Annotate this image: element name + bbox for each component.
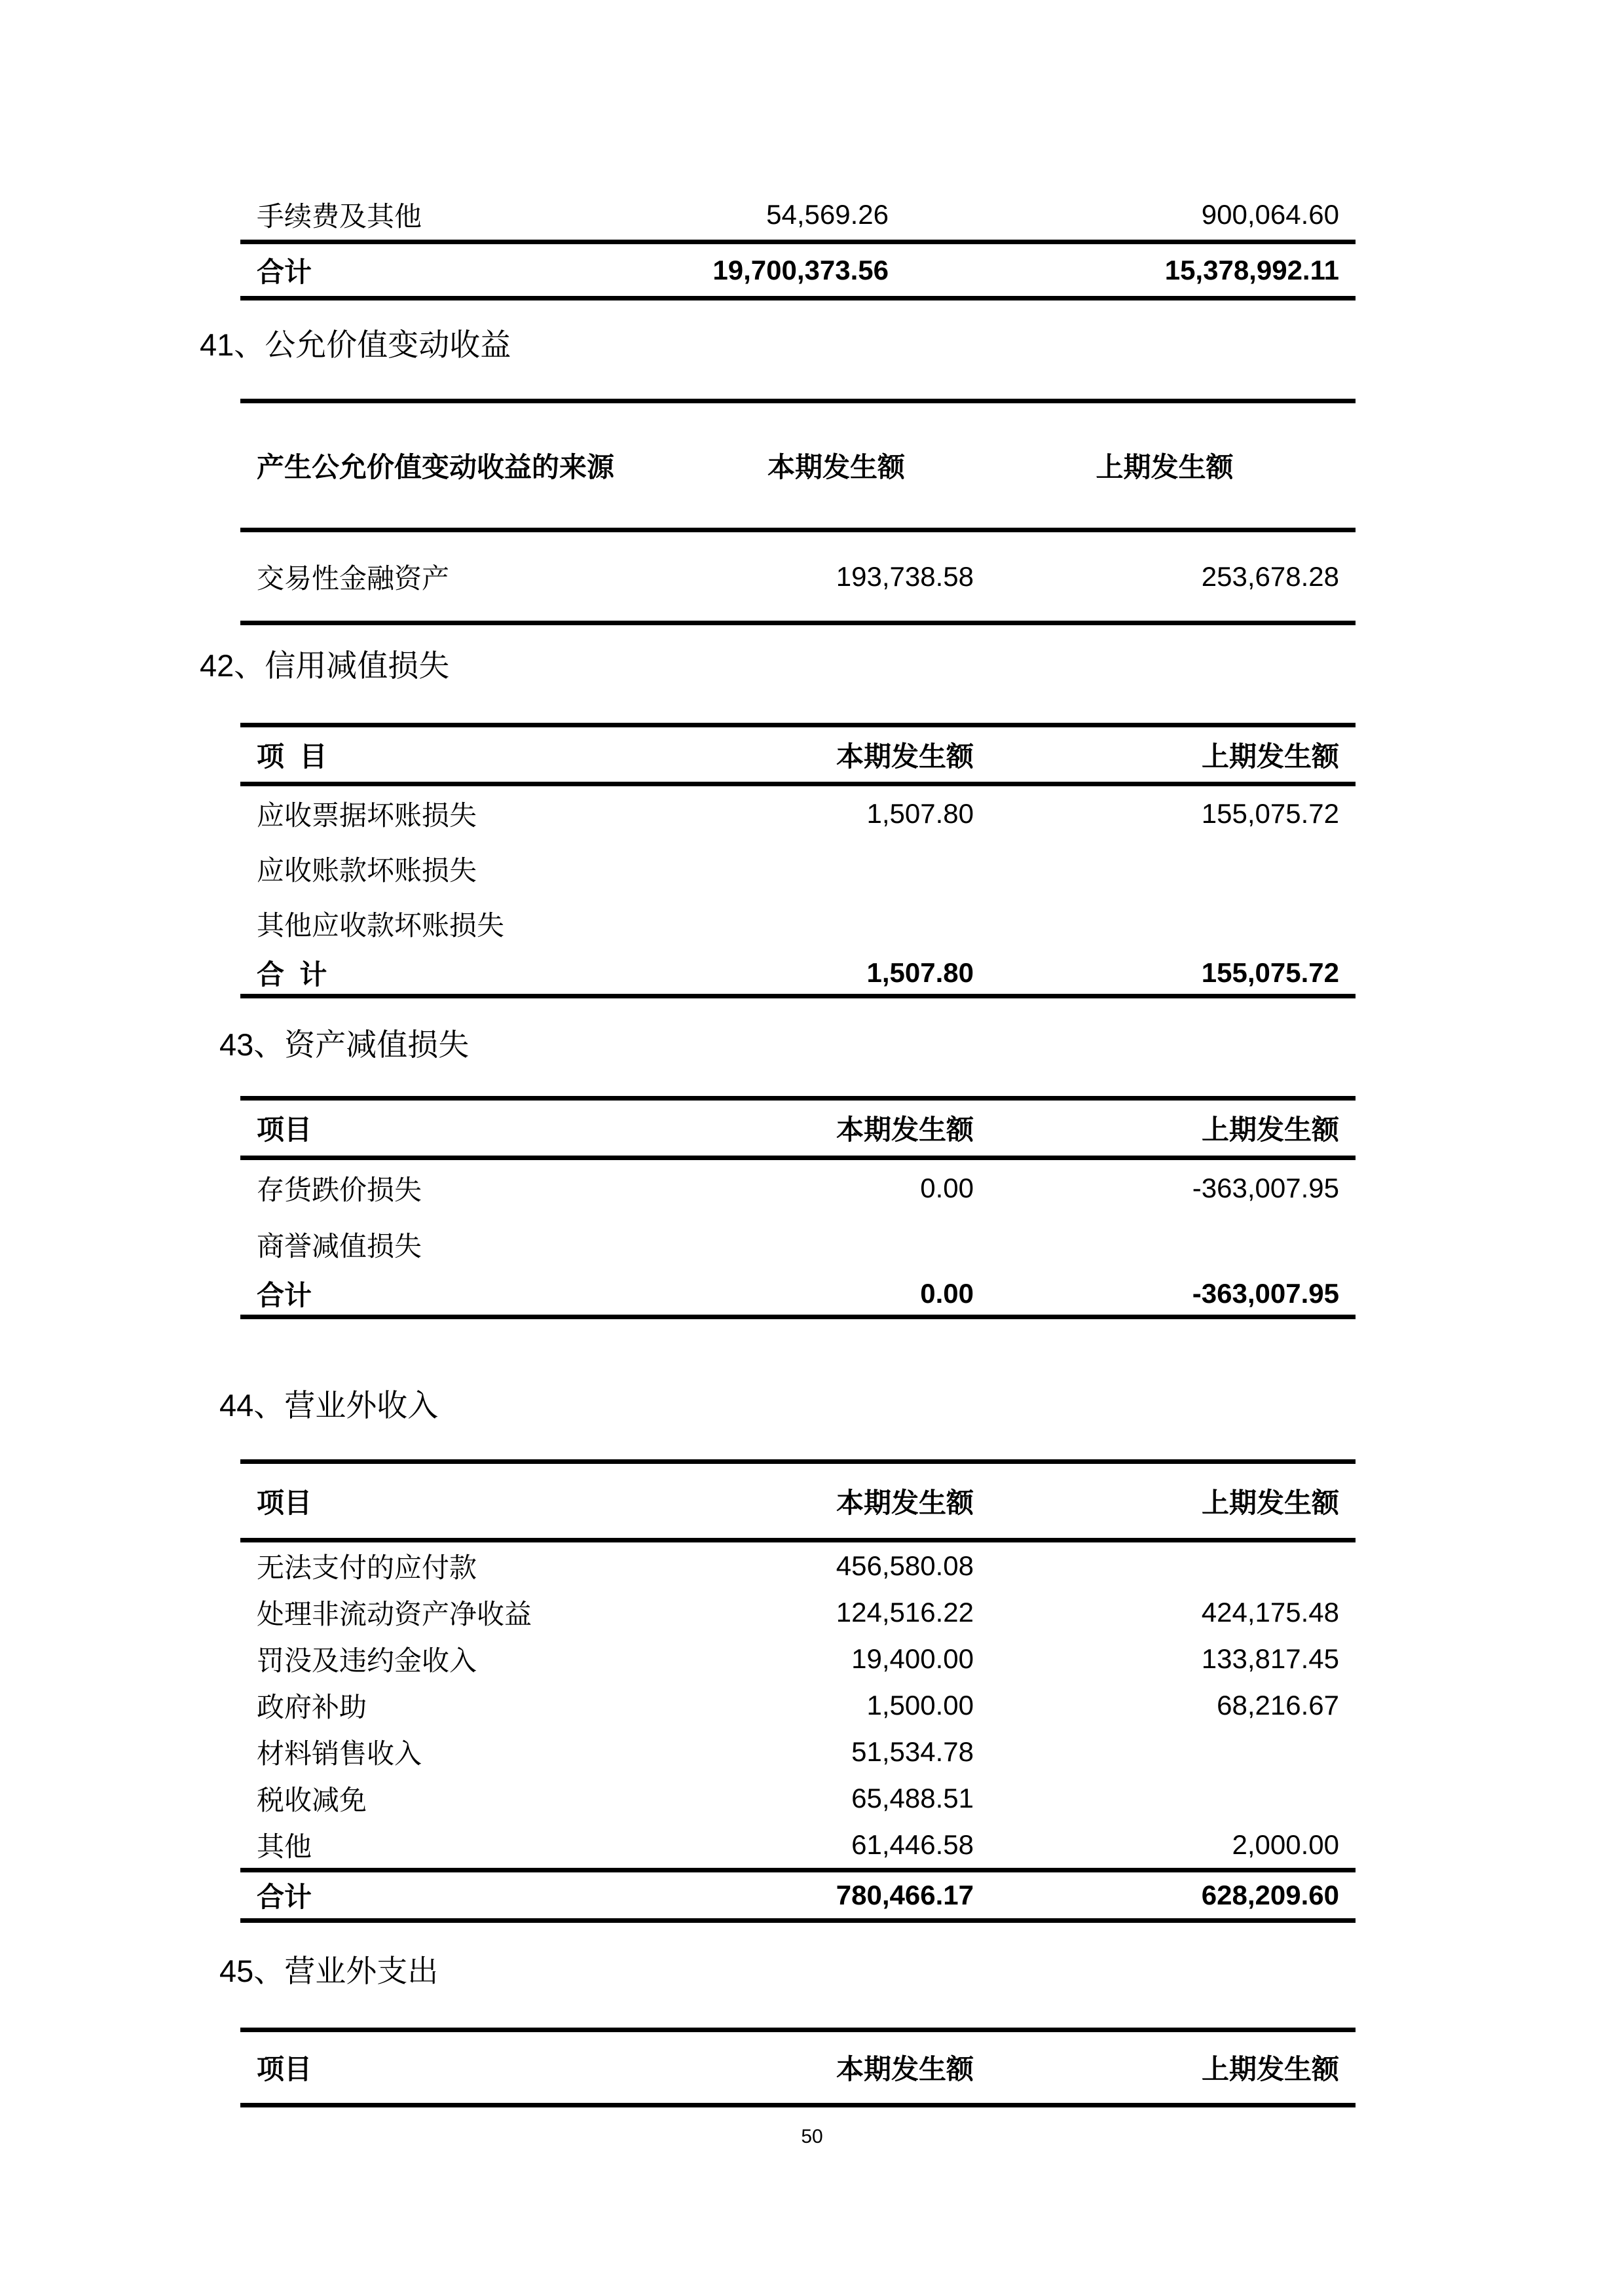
page-number: 50	[0, 2126, 1624, 2148]
table-row: 罚没及违约金收入 19,400.00 133,817.45	[240, 1635, 1356, 1682]
header-item: 项 目	[240, 735, 699, 774]
section-heading-42: 42、信用减值损失	[200, 646, 1624, 686]
row-prior-amount: -363,007.95	[974, 1173, 1356, 1204]
row-prior-amount: 155,075.72	[974, 798, 1356, 829]
row-current-amount: 54,569.26	[633, 199, 889, 230]
table-header-row: 项目 本期发生额 上期发生额	[240, 2032, 1356, 2103]
table-row: 材料销售收入 51,534.78	[240, 1728, 1356, 1775]
table-header-row: 项目 本期发生额 上期发生额	[240, 1464, 1356, 1542]
header-item: 项目	[240, 1108, 699, 1148]
row-item-label: 无法支付的应付款	[240, 1546, 699, 1586]
table-row: 商誉减值损失	[240, 1216, 1356, 1273]
row-current-amount: 1,500.00	[699, 1690, 974, 1721]
total-current-amount: 0.00	[699, 1278, 974, 1309]
row-item-label: 应收账款坏账损失	[240, 849, 699, 888]
row-current-amount: 51,534.78	[699, 1736, 974, 1768]
row-prior-amount: 900,064.60	[889, 199, 1356, 230]
table-43-asset-impairment-loss: 项目 本期发生额 上期发生额 存货跌价损失 0.00 -363,007.95 商…	[240, 1096, 1356, 1319]
table-row: 交易性金融资产 193,738.58 253,678.28	[240, 532, 1356, 621]
total-label: 合计	[240, 1274, 699, 1313]
row-item-label: 其他	[240, 1825, 699, 1865]
financial-report-page: 手续费及其他 54,569.26 900,064.60 合计 19,700,37…	[0, 0, 1624, 2296]
row-item-label: 存货跌价损失	[240, 1169, 699, 1208]
header-prior-period: 上期发生额	[974, 1482, 1356, 1521]
total-prior-amount: 15,378,992.11	[889, 255, 1356, 286]
table-row: 存货跌价损失 0.00 -363,007.95	[240, 1160, 1356, 1216]
table-header-row: 项目 本期发生额 上期发生额	[240, 1101, 1356, 1160]
row-prior-amount: 133,817.45	[974, 1643, 1356, 1675]
row-prior-amount: 253,678.28	[974, 561, 1356, 592]
total-prior-amount: 628,209.60	[974, 1880, 1356, 1911]
header-prior-period: 上期发生额	[974, 735, 1356, 774]
row-prior-amount: 2,000.00	[974, 1829, 1356, 1861]
row-prior-amount: 424,175.48	[974, 1597, 1356, 1628]
row-current-amount: 124,516.22	[699, 1597, 974, 1628]
table-row: 其他应收款坏账损失	[240, 896, 1356, 951]
header-item: 产生公允价值变动收益的来源	[240, 446, 699, 485]
row-item-label: 罚没及违约金收入	[240, 1639, 699, 1679]
row-item-label: 税收减免	[240, 1779, 699, 1818]
header-current-period: 本期发生额	[699, 2048, 974, 2087]
header-current-period: 本期发生额	[699, 446, 974, 485]
total-current-amount: 19,700,373.56	[633, 255, 889, 286]
table-row: 手续费及其他 54,569.26 900,064.60	[240, 190, 1356, 244]
row-current-amount: 193,738.58	[699, 561, 974, 592]
header-current-period: 本期发生额	[699, 735, 974, 774]
row-current-amount: 1,507.80	[699, 798, 974, 829]
row-current-amount: 456,580.08	[699, 1550, 974, 1582]
table-total-row: 合 计 1,507.80 155,075.72	[240, 951, 1356, 994]
table-row: 处理非流动资产净收益 124,516.22 424,175.48	[240, 1589, 1356, 1635]
total-prior-amount: -363,007.95	[974, 1278, 1356, 1309]
row-item-label: 材料销售收入	[240, 1732, 699, 1772]
header-prior-period: 上期发生额	[974, 1108, 1356, 1148]
table-row: 无法支付的应付款 456,580.08	[240, 1542, 1356, 1589]
table-total-row: 合计 19,700,373.56 15,378,992.11	[240, 244, 1356, 296]
table-row: 应收账款坏账损失	[240, 841, 1356, 896]
table-row: 政府补助 1,500.00 68,216.67	[240, 1682, 1356, 1728]
row-prior-amount: 68,216.67	[974, 1690, 1356, 1721]
table-row: 其他 61,446.58 2,000.00	[240, 1821, 1356, 1868]
header-current-period: 本期发生额	[699, 1108, 974, 1148]
table-header-row: 项 目 本期发生额 上期发生额	[240, 727, 1356, 786]
carryover-table: 手续费及其他 54,569.26 900,064.60 合计 19,700,37…	[240, 190, 1356, 301]
header-prior-period: 上期发生额	[974, 446, 1356, 485]
total-label: 合 计	[240, 953, 699, 993]
row-current-amount: 0.00	[699, 1173, 974, 1204]
table-44-non-operating-income: 项目 本期发生额 上期发生额 无法支付的应付款 456,580.08 处理非流动…	[240, 1459, 1356, 1923]
table-41-fair-value-gains: 产生公允价值变动收益的来源 本期发生额 上期发生额 交易性金融资产 193,73…	[240, 399, 1356, 625]
section-heading-43: 43、资产减值损失	[219, 1025, 1624, 1065]
section-heading-44: 44、营业外收入	[219, 1385, 1624, 1426]
row-current-amount: 19,400.00	[699, 1643, 974, 1675]
table-45-non-operating-expenses: 项目 本期发生额 上期发生额	[240, 2028, 1356, 2107]
table-42-credit-impairment-loss: 项 目 本期发生额 上期发生额 应收票据坏账损失 1,507.80 155,07…	[240, 723, 1356, 998]
row-current-amount: 65,488.51	[699, 1783, 974, 1814]
row-item-label: 手续费及其他	[240, 195, 633, 234]
table-row: 税收减免 65,488.51	[240, 1775, 1356, 1821]
section-heading-45: 45、营业外支出	[219, 1951, 1624, 1992]
table-row: 应收票据坏账损失 1,507.80 155,075.72	[240, 786, 1356, 841]
row-item-label: 政府补助	[240, 1686, 699, 1725]
table-total-row: 合计 0.00 -363,007.95	[240, 1273, 1356, 1315]
row-item-label: 应收票据坏账损失	[240, 794, 699, 833]
table-total-row: 合计 780,466.17 628,209.60	[240, 1868, 1356, 1918]
header-item: 项目	[240, 2048, 699, 2087]
total-label: 合计	[240, 1876, 699, 1915]
total-prior-amount: 155,075.72	[974, 957, 1356, 989]
table-header-row: 产生公允价值变动收益的来源 本期发生额 上期发生额	[240, 403, 1356, 532]
total-current-amount: 780,466.17	[699, 1880, 974, 1911]
row-item-label: 其他应收款坏账损失	[240, 904, 699, 943]
row-current-amount: 61,446.58	[699, 1829, 974, 1861]
row-item-label: 处理非流动资产净收益	[240, 1593, 699, 1632]
row-item-label: 商誉减值损失	[240, 1225, 699, 1264]
total-current-amount: 1,507.80	[699, 957, 974, 989]
header-current-period: 本期发生额	[699, 1482, 974, 1521]
total-label: 合计	[240, 251, 633, 290]
header-prior-period: 上期发生额	[974, 2048, 1356, 2087]
row-item-label: 交易性金融资产	[240, 557, 699, 596]
header-item: 项目	[240, 1482, 699, 1521]
section-heading-41: 41、公允价值变动收益	[200, 325, 1624, 365]
